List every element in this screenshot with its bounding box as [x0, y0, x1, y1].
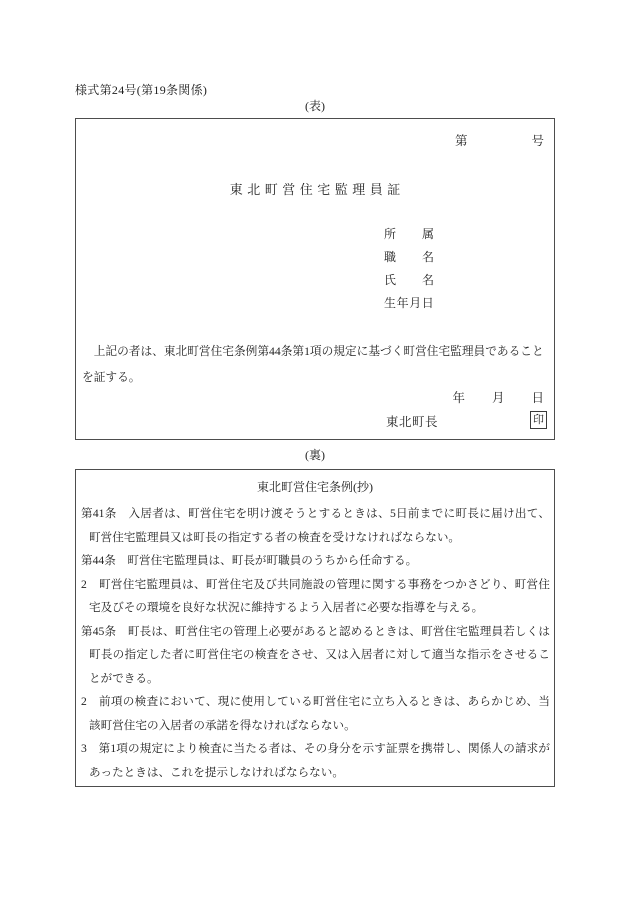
mayor-signature-label: 東北町長: [386, 414, 438, 431]
ordinance-line: 宅及びその環境を良好な状況に維持するよう入居者に必要な指導を与える。: [81, 596, 550, 620]
statement-line: を証する。: [82, 365, 550, 391]
seal-mark: 印: [530, 411, 547, 429]
certificate-statement: 上記の者は、東北町営住宅条例第44条第1項の規定に基づく町営住宅監理員であること…: [82, 339, 550, 391]
field-label-affiliation: 所 属: [384, 223, 441, 246]
front-side-label: (表): [0, 99, 630, 114]
ordinance-line: あったときは、これを提示しなければならない。: [81, 761, 550, 785]
back-side-label: (裏): [0, 448, 630, 463]
ordinance-title: 東北町営住宅条例(抄): [76, 480, 554, 495]
certificate-number-suffix: 号: [531, 134, 544, 149]
statement-line: 上記の者は、東北町営住宅条例第44条第1項の規定に基づく町営住宅監理員であること: [82, 339, 550, 365]
certificate-fields: 所 属 職 名 氏 名 生年月日: [384, 223, 441, 315]
ordinance-line: とができる。: [81, 667, 550, 691]
field-label-job-title: 職 名: [384, 246, 441, 269]
certificate-front-card: 第 号 東北町営住宅監理員証 所 属 職 名 氏 名 生年月日 上記の者は、東北…: [75, 118, 555, 440]
field-label-name: 氏 名: [384, 269, 441, 292]
form-number-label: 様式第24号(第19条関係): [75, 83, 207, 98]
ordinance-line: 第41条 入居者は、町営住宅を明け渡そうとするときは、5日前までに町長に届け出て…: [81, 502, 550, 526]
ordinance-line: 該町営住宅の入居者の承諾を得なければならない。: [81, 714, 550, 738]
ordinance-line: 3 第1項の規定により検査に当たる者は、その身分を示す証票を携帯し、関係人の請求…: [81, 737, 550, 761]
ordinance-line: 第44条 町営住宅監理員は、町長が町職員のうちから任命する。: [81, 549, 550, 573]
ordinance-back-card: 東北町営住宅条例(抄) 第41条 入居者は、町営住宅を明け渡そうとするときは、5…: [75, 469, 555, 787]
issue-date-line: 年 月 日: [452, 391, 544, 406]
ordinance-line: 町営住宅監理員又は町長の指定する者の検査を受けなければならない。: [81, 526, 550, 550]
document-page: 様式第24号(第19条関係) (表) 第 号 東北町営住宅監理員証 所 属 職 …: [0, 0, 630, 915]
ordinance-line: 2 前項の検査において、現に使用している町営住宅に立ち入るときは、あらかじめ、当: [81, 690, 550, 714]
certificate-number-prefix: 第: [455, 134, 468, 149]
certificate-number-line: 第 号: [455, 134, 544, 149]
date-day-label: 日: [531, 391, 544, 406]
date-year-label: 年: [452, 391, 465, 406]
certificate-title: 東北町営住宅監理員証: [76, 181, 554, 198]
field-label-birthdate: 生年月日: [384, 292, 441, 315]
ordinance-text: 第41条 入居者は、町営住宅を明け渡そうとするときは、5日前までに町長に届け出て…: [76, 502, 554, 784]
ordinance-line: 町長の指定した者に町営住宅の検査をさせ、又は入居者に対して適当な指示をさせるこ: [81, 643, 550, 667]
ordinance-line: 2 町営住宅監理員は、町営住宅及び共同施設の管理に関する事務をつかさどり、町営住: [81, 573, 550, 597]
date-month-label: 月: [492, 391, 505, 406]
ordinance-line: 第45条 町長は、町営住宅の管理上必要があると認めるときは、町営住宅監理員若しく…: [81, 620, 550, 644]
